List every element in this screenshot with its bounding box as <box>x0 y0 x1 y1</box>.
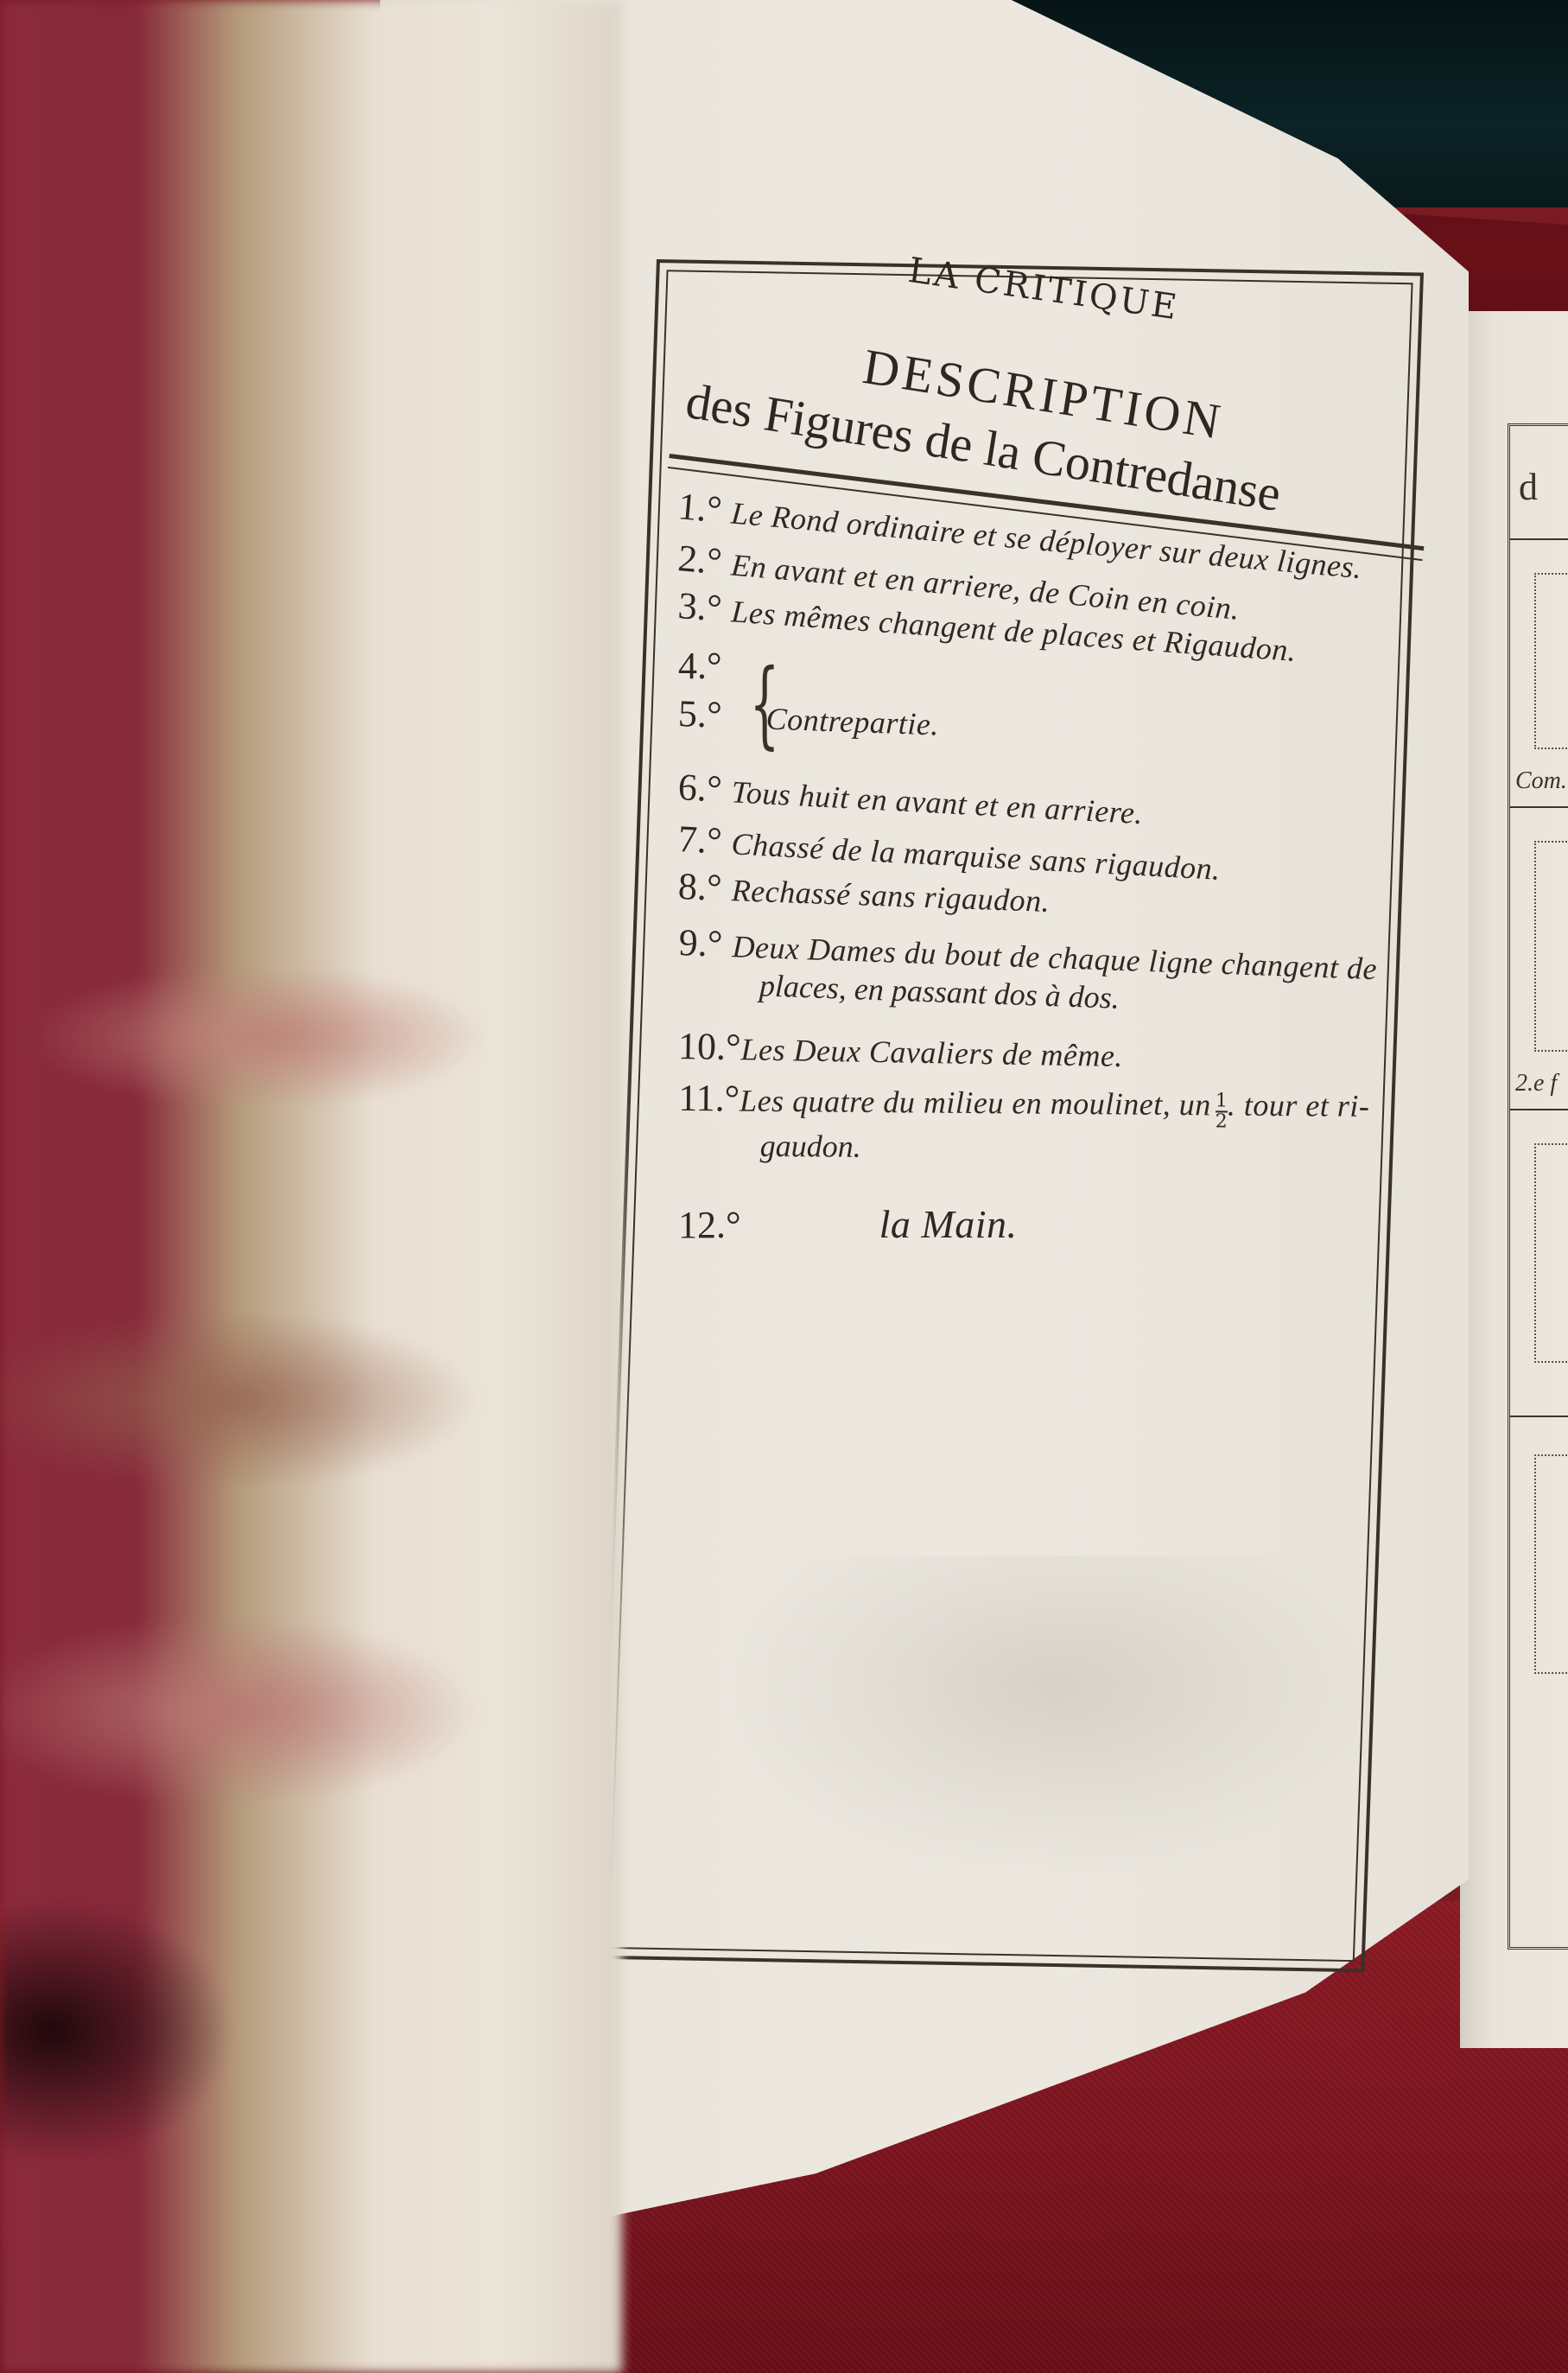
right-page: d Com. 2.e f <box>1460 311 1568 2048</box>
list-item: 12.°la Main. <box>678 1201 1018 1247</box>
list-item: 11.°Les quatre du milieu en moulinet, un… <box>678 1076 1370 1168</box>
right-page-frame: d Com. 2.e f <box>1508 423 1568 1950</box>
list-item: 5.°Contrepartie. <box>677 691 940 745</box>
right-page-divider <box>1510 1416 1568 1417</box>
dance-diagram-1 <box>1534 573 1568 749</box>
dance-diagram-4 <box>1534 1454 1568 1674</box>
brace-4-5: { <box>750 648 780 759</box>
list-item: 4.° <box>678 644 732 688</box>
blurred-hand <box>0 0 622 2373</box>
dance-diagram-2 <box>1534 841 1568 1052</box>
dance-diagram-3 <box>1534 1143 1568 1363</box>
right-page-divider <box>1510 1109 1568 1110</box>
right-page-partial-heading: d <box>1519 465 1538 509</box>
right-page-divider <box>1510 806 1568 808</box>
half-fraction: 12 <box>1216 1091 1228 1131</box>
right-page-label-2e: 2.e f <box>1515 1070 1557 1097</box>
right-page-label-com: Com. <box>1515 767 1567 795</box>
right-page-divider <box>1510 538 1568 540</box>
page-shadow <box>726 1555 1382 1884</box>
list-item: 10.°Les Deux Cavaliers de même. <box>678 1024 1124 1076</box>
